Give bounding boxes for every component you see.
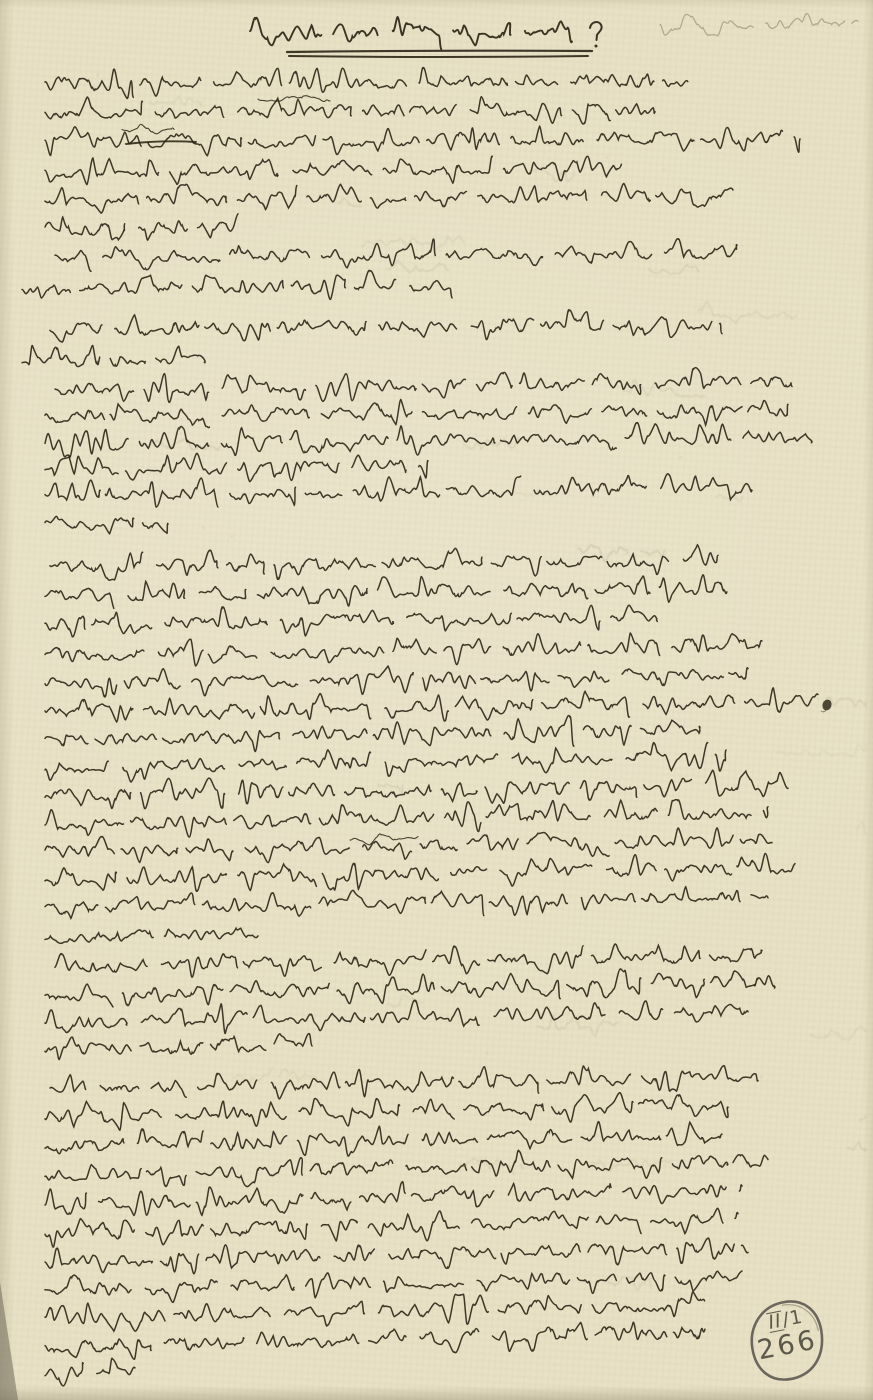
paragraph-6 [45,633,818,943]
paragraph-8 [45,1066,768,1386]
paragraph-7 [45,944,775,1060]
pencil-annotation [660,14,858,36]
title-handwriting [250,17,602,49]
archive-stamp: II/1 266 [741,1293,833,1391]
interlinear-insertions [122,96,418,845]
stamp-text: II/1 266 [749,1303,822,1365]
strikethrough-mark [126,141,196,144]
paragraph-4 [45,474,752,534]
title-underline [287,51,592,57]
paragraph-3 [45,368,812,482]
paragraph-2 [22,310,722,367]
paragraph-1 [22,68,800,300]
manuscript-page: II/1 266 [0,0,873,1400]
bleedthrough-layer [47,10,866,1332]
handwriting-layer [0,0,873,1400]
paragraph-5 [45,545,727,637]
